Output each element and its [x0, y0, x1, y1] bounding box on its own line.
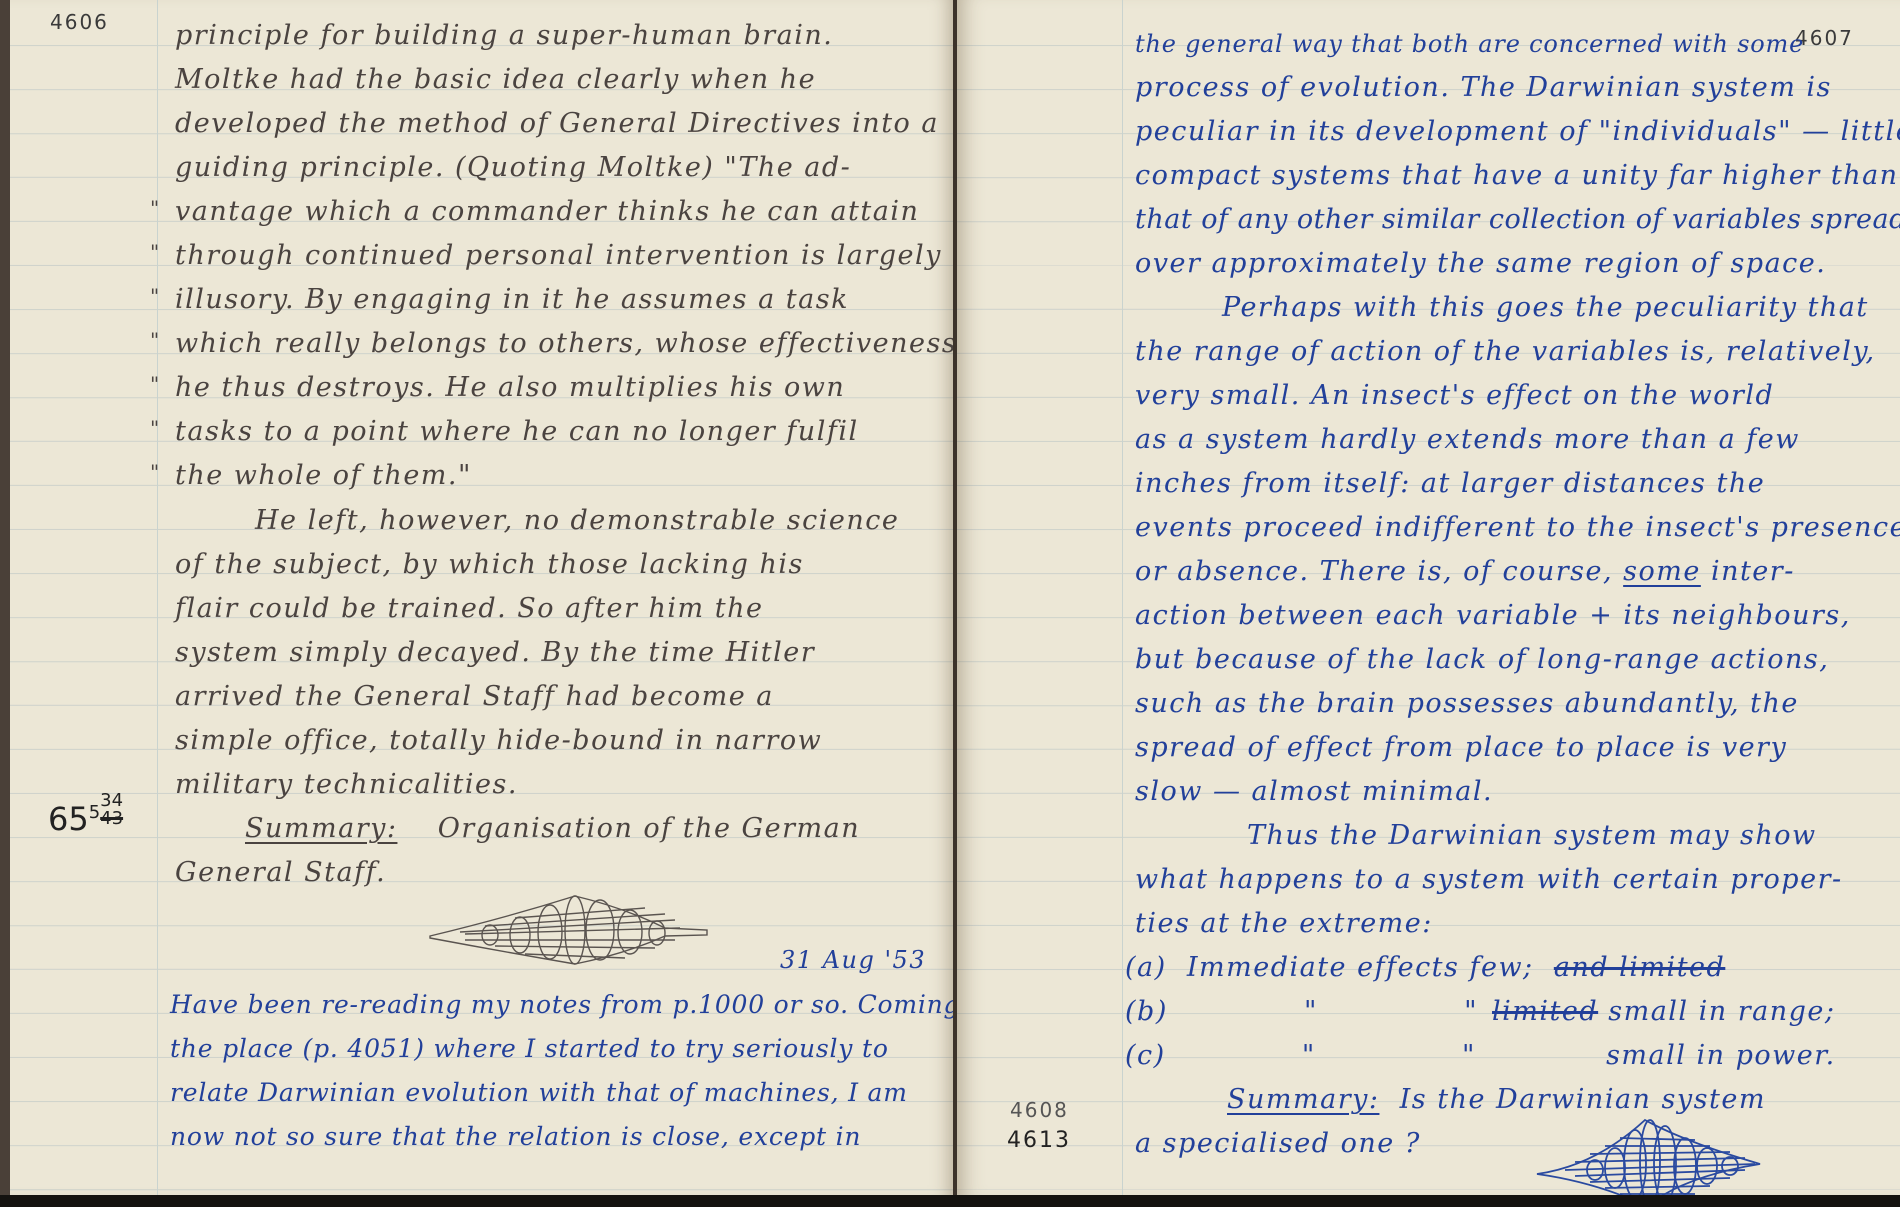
summary-line: Summary: Organisation of the German	[245, 813, 860, 844]
left-page: 4606 principle for building a super-huma…	[0, 0, 955, 1195]
text-line: simple office, totally hide-bound in nar…	[175, 725, 822, 756]
text-line: Moltke had the basic idea clearly when h…	[175, 64, 816, 95]
text-line: over approximately the same region of sp…	[1135, 248, 1826, 279]
text-line: ties at the extreme:	[1135, 908, 1433, 939]
text-line: arrived the General Staff had become a	[175, 681, 774, 712]
right-page: 4607 the general way that both are conce…	[957, 0, 1900, 1195]
quote-mark: "	[150, 284, 159, 308]
text-line: the place (p. 4051) where I started to t…	[170, 1034, 889, 1063]
list-marker: (b)	[1125, 996, 1168, 1027]
text-line: peculiar in its development of "individu…	[1135, 116, 1900, 147]
text-line: but because of the lack of long-range ac…	[1135, 644, 1829, 675]
list-marker: (a)	[1125, 952, 1167, 983]
text-line: Have been re-reading my notes from p.100…	[170, 990, 955, 1019]
text-line: such as the brain possesses abundantly, …	[1135, 688, 1799, 719]
quote-mark: "	[150, 196, 159, 220]
text-line: flair could be trained. So after him the	[175, 593, 763, 624]
quote-mark: "	[150, 460, 159, 484]
text-line: inches from itself: at larger distances …	[1135, 468, 1765, 499]
page-bottom-edge	[0, 1195, 1900, 1207]
summary-text: Organisation of the German	[438, 813, 860, 844]
annotation-base: 65	[48, 800, 89, 838]
text-line: what happens to a system with certain pr…	[1135, 864, 1843, 895]
text-line: the range of action of the variables is,…	[1135, 336, 1876, 367]
text-line: events proceed indifferent to the insect…	[1135, 512, 1900, 543]
summary-line-2: General Staff.	[175, 857, 386, 888]
ditto-mark: "	[1328, 996, 1478, 1027]
text-line: illusory. By engaging in it he assumes a…	[175, 284, 849, 315]
text-line: vantage which a commander thinks he can …	[175, 196, 919, 227]
margin-rule	[1122, 0, 1123, 1195]
margin-number: 4608	[1010, 1098, 1069, 1122]
list-item: (a) Immediate effects few; and limited	[1125, 952, 1725, 983]
text-line: tasks to a point where he can no longer …	[175, 416, 859, 447]
text-line: very small. An insect's effect on the wo…	[1135, 380, 1774, 411]
margin-rule	[157, 0, 158, 1195]
text-line: through continued personal intervention …	[175, 240, 942, 271]
summary-label: Summary:	[1227, 1084, 1379, 1115]
text-line: compact systems that have a unity far hi…	[1135, 160, 1899, 191]
text-line: as a system hardly extends more than a f…	[1135, 424, 1800, 455]
text-line: spread of effect from place to place is …	[1135, 732, 1787, 763]
text-line: He left, however, no demonstrable scienc…	[255, 505, 899, 536]
struck-text: limited	[1488, 996, 1598, 1027]
summary-line-2: a specialised one ?	[1135, 1128, 1421, 1159]
quote-mark: "	[150, 416, 159, 440]
text-line: slow — almost minimal.	[1135, 776, 1493, 807]
list-marker: (c)	[1125, 1040, 1166, 1071]
text-line: the general way that both are concerned …	[1135, 30, 1804, 58]
annotation-sup: 5	[89, 802, 100, 823]
diamond-mesh-sketch-icon	[1535, 1112, 1785, 1195]
notebook-spread: 4606 principle for building a super-huma…	[0, 0, 1900, 1195]
quote-mark: "	[150, 372, 159, 396]
text-line: process of evolution. The Darwinian syst…	[1135, 72, 1832, 103]
list-text: small in range;	[1608, 996, 1835, 1027]
text-line: Perhaps with this goes the peculiarity t…	[1222, 292, 1869, 323]
quote-mark: "	[150, 328, 159, 352]
ditto-mark: "	[1326, 1040, 1476, 1071]
list-item: (c) " " small in power.	[1125, 1040, 1836, 1071]
annotation-new: 34	[100, 790, 123, 811]
page-number: 4606	[50, 10, 109, 34]
list-text: small in power.	[1606, 1040, 1836, 1071]
text-line: relate Darwinian evolution with that of …	[170, 1078, 908, 1107]
text-line: action between each variable + its neigh…	[1135, 600, 1851, 631]
quote-mark: "	[150, 240, 159, 264]
text-line: which really belongs to others, whose ef…	[175, 328, 955, 359]
margin-number: 4613	[1007, 1128, 1071, 1153]
struck-text: and limited	[1554, 952, 1725, 983]
ditto-mark: "	[1176, 1040, 1316, 1071]
list-item: (b) " " limited small in range;	[1125, 996, 1836, 1027]
text-line: military technicalities.	[175, 769, 518, 800]
summary-text: Is the Darwinian system	[1400, 1084, 1766, 1115]
text-line: that of any other similar collection of …	[1135, 204, 1900, 235]
text-line: or absence. There is, of course, some in…	[1135, 556, 1795, 587]
entry-date: 31 Aug '53	[780, 946, 926, 974]
text-fragment: inter-	[1711, 556, 1795, 587]
list-text: Immediate effects few;	[1187, 952, 1534, 983]
text-line: Thus the Darwinian system may show	[1247, 820, 1817, 851]
summary-line: Summary: Is the Darwinian system	[1227, 1084, 1766, 1115]
spindle-sketch-icon	[425, 888, 725, 968]
text-line: he thus destroys. He also multiplies his…	[175, 372, 845, 403]
emphasis-word: some	[1623, 556, 1701, 587]
text-line: now not so sure that the relation is clo…	[170, 1122, 861, 1151]
text-line: guiding principle. (Quoting Moltke) "The…	[175, 152, 851, 183]
text-fragment: or absence. There is, of course,	[1135, 556, 1613, 587]
ditto-mark: "	[1178, 996, 1318, 1027]
annotation-struck: 43	[100, 808, 123, 829]
margin-annotation: 655 34 43	[48, 800, 123, 838]
text-line: system simply decayed. By the time Hitle…	[175, 637, 815, 668]
summary-label: Summary:	[245, 813, 397, 844]
text-line: the whole of them."	[175, 460, 472, 491]
text-line: of the subject, by which those lacking h…	[175, 549, 804, 580]
text-line: developed the method of General Directiv…	[175, 108, 939, 139]
text-line: principle for building a super-human bra…	[175, 20, 833, 51]
